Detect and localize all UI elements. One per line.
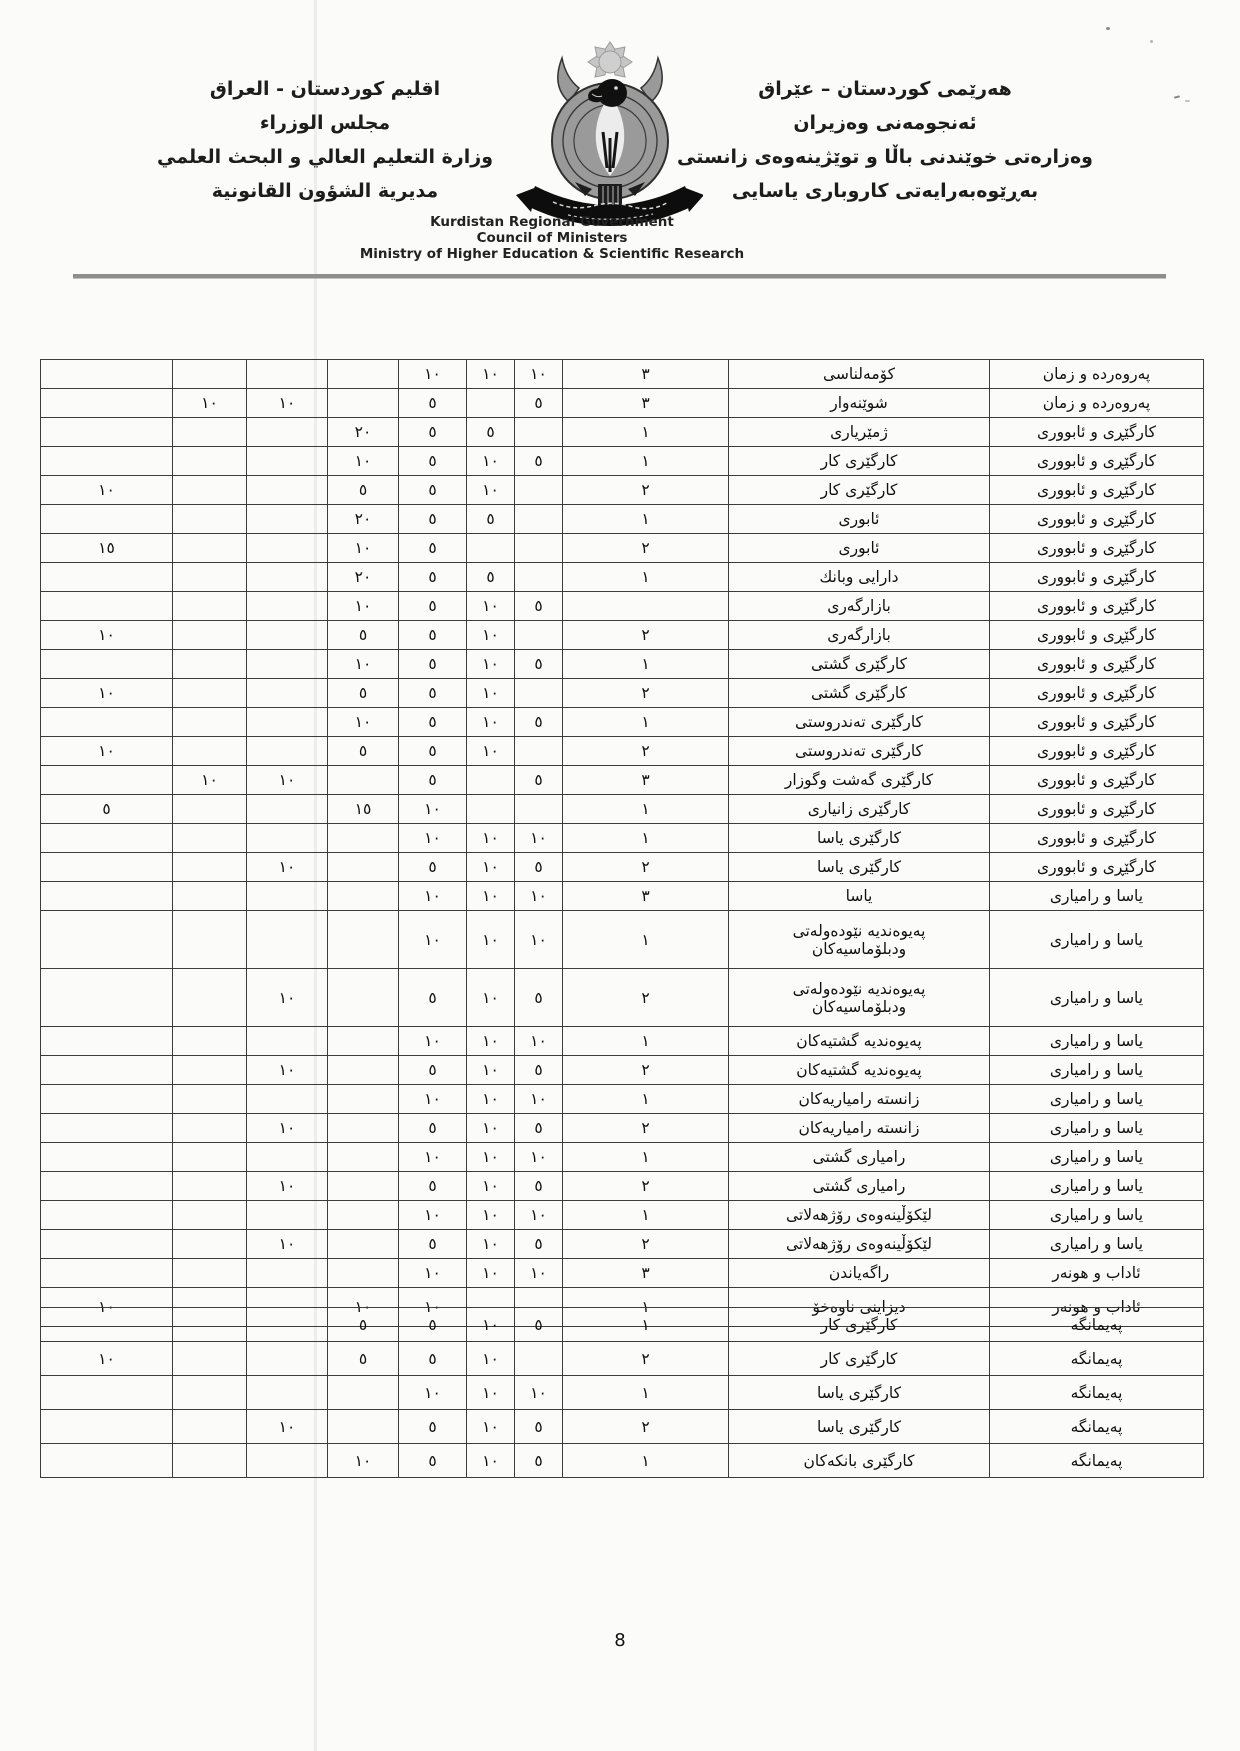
cell-c7: ٥	[515, 708, 563, 737]
cell-c2	[173, 1308, 247, 1342]
cell-c3	[247, 795, 328, 824]
cell-c6	[467, 766, 515, 795]
ink-speck	[1150, 40, 1153, 43]
cell-subject: لێکۆڵینەوەی رۆژهەلاتی	[729, 1201, 990, 1230]
cell-c4	[328, 882, 399, 911]
cell-count: ٢	[563, 1114, 729, 1143]
cell-category: پەیمانگە	[990, 1444, 1204, 1478]
cell-count: ٢	[563, 1056, 729, 1085]
cell-category: کارگێڕی و ئابووری	[990, 650, 1204, 679]
cell-c6: ٥	[467, 563, 515, 592]
cell-subject: کارگێری کار	[729, 476, 990, 505]
cell-c4: ٢٠	[328, 563, 399, 592]
header-arabic-line: اقليم كوردستان - العراق	[115, 72, 535, 106]
cell-c3	[247, 447, 328, 476]
header-kurdish-line: وەزارەتی خوێندنی باڵا و توێژینەوەی زانست…	[675, 140, 1095, 174]
cell-subject: کارگێری بانکەکان	[729, 1444, 990, 1478]
cell-c5: ٥	[399, 1410, 467, 1444]
cell-subject: کارگێری گشتی	[729, 650, 990, 679]
cell-count: ١	[563, 1376, 729, 1410]
cell-c3	[247, 505, 328, 534]
cell-c4: ٥	[328, 476, 399, 505]
cell-c7: ١٠	[515, 1201, 563, 1230]
cell-c2	[173, 824, 247, 853]
cell-c5: ٥	[399, 1230, 467, 1259]
cell-c5: ٥	[399, 1056, 467, 1085]
cell-c2	[173, 1114, 247, 1143]
table-row: یاسا و رامیاریپەیوەندیە گشتیەکان٢٥١٠٥١٠	[41, 1056, 1204, 1085]
cell-c1	[41, 1376, 173, 1410]
cell-count: ١	[563, 1085, 729, 1114]
cell-c1: ١٠	[41, 737, 173, 766]
cell-c2	[173, 418, 247, 447]
cell-c4	[328, 1027, 399, 1056]
cell-subject: دارایی وبانك	[729, 563, 990, 592]
cell-c2	[173, 1085, 247, 1114]
cell-c4	[328, 389, 399, 418]
cell-c5: ٥	[399, 679, 467, 708]
cell-c1	[41, 708, 173, 737]
cell-c3	[247, 418, 328, 447]
cell-c3	[247, 1085, 328, 1114]
cell-c3	[247, 737, 328, 766]
cell-category: پەیمانگە	[990, 1410, 1204, 1444]
table-row: کارگێڕی و ئابووریکارگێری زانیاری١١٠١٥٥	[41, 795, 1204, 824]
cell-c3	[247, 708, 328, 737]
cell-category: یاسا و رامیاری	[990, 1056, 1204, 1085]
cell-c7: ١٠	[515, 1027, 563, 1056]
table-row: یاسا و رامیاریرامیاری گشتی١١٠١٠١٠	[41, 1143, 1204, 1172]
cell-c2	[173, 1027, 247, 1056]
table-row: کارگێڕی و ئابووریژمێریاری١٥٥٢٠	[41, 418, 1204, 447]
cell-c6	[467, 795, 515, 824]
cell-c6: ٥	[467, 418, 515, 447]
cell-c1	[41, 824, 173, 853]
cell-c3: ١٠	[247, 969, 328, 1027]
cell-category: کارگێڕی و ئابووری	[990, 418, 1204, 447]
cell-c1	[41, 1027, 173, 1056]
cell-c1: ١٥	[41, 534, 173, 563]
cell-subject: پەیوەندیە نێودەولەتی ودبلۆماسیەکان	[729, 911, 990, 969]
cell-count: ١	[563, 418, 729, 447]
cell-c2	[173, 679, 247, 708]
cell-c3	[247, 476, 328, 505]
cell-category: یاسا و رامیاری	[990, 1143, 1204, 1172]
cell-c1	[41, 1410, 173, 1444]
cell-c3	[247, 1201, 328, 1230]
cell-c1	[41, 563, 173, 592]
cell-c1	[41, 1085, 173, 1114]
cell-c7	[515, 505, 563, 534]
cell-count: ١	[563, 795, 729, 824]
table-row: پەروەردە و زمانکۆمەلناسی٣١٠١٠١٠	[41, 360, 1204, 389]
cell-c7: ٥	[515, 592, 563, 621]
table-row: یاسا و رامیاریپەیوەندیە گشتیەکان١١٠١٠١٠	[41, 1027, 1204, 1056]
cell-subject: کارگێری گشتی	[729, 679, 990, 708]
cell-c5: ٥	[399, 476, 467, 505]
cell-subject: کارگێری کار	[729, 1342, 990, 1376]
cell-count: ١	[563, 563, 729, 592]
cell-count: ٢	[563, 1172, 729, 1201]
cell-category: کارگێڕی و ئابووری	[990, 505, 1204, 534]
cell-c6: ١٠	[467, 1143, 515, 1172]
table-row: یاسا و رامیاریزانستە رامیاریەکان١١٠١٠١٠	[41, 1085, 1204, 1114]
allocation-table-institutes: پەیمانگەکارگێری کار١٥١٠٥٥پەیمانگەکارگێری…	[40, 1307, 1204, 1478]
cell-c5: ١٠	[399, 1027, 467, 1056]
cell-c6: ١٠	[467, 853, 515, 882]
cell-c7	[515, 418, 563, 447]
cell-c3	[247, 360, 328, 389]
cell-c1	[41, 1259, 173, 1288]
cell-c1	[41, 1444, 173, 1478]
cell-subject: کارگێری یاسا	[729, 853, 990, 882]
cell-c1: ١٠	[41, 621, 173, 650]
cell-c1	[41, 1308, 173, 1342]
cell-c1	[41, 882, 173, 911]
cell-count: ٢	[563, 969, 729, 1027]
cell-c3: ١٠	[247, 766, 328, 795]
cell-c2	[173, 911, 247, 969]
cell-c3: ١٠	[247, 1114, 328, 1143]
cell-c2	[173, 795, 247, 824]
cell-category: کارگێڕی و ئابووری	[990, 447, 1204, 476]
table-row: کارگێڕی و ئابووریکارگێری یاسا٢٥١٠٥١٠	[41, 853, 1204, 882]
cell-category: کارگێڕی و ئابووری	[990, 476, 1204, 505]
header-divider	[73, 274, 1166, 279]
cell-category: یاسا و رامیاری	[990, 1172, 1204, 1201]
table-row: پەیمانگەکارگێری یاسا٢٥١٠٥١٠	[41, 1410, 1204, 1444]
cell-c4	[328, 824, 399, 853]
cell-c7: ٥	[515, 1308, 563, 1342]
cell-c4	[328, 853, 399, 882]
cell-c4: ٥	[328, 1342, 399, 1376]
cell-subject: کارگێری یاسا	[729, 1410, 990, 1444]
cell-c4: ١٠	[328, 650, 399, 679]
cell-category: یاسا و رامیاری	[990, 911, 1204, 969]
cell-c7: ١٠	[515, 1259, 563, 1288]
cell-subject: بازارگەری	[729, 621, 990, 650]
table-row: ئاداب و هونەرراگەیاندن٣١٠١٠١٠	[41, 1259, 1204, 1288]
cell-c7: ١٠	[515, 1085, 563, 1114]
cell-count: ٢	[563, 853, 729, 882]
cell-c6: ١٠	[467, 1376, 515, 1410]
cell-c5: ٥	[399, 1114, 467, 1143]
cell-c7: ٥	[515, 389, 563, 418]
cell-subject: کارگێری زانیاری	[729, 795, 990, 824]
table-row: پەروەردە و زمانشوێنەوار٣٥٥١٠١٠	[41, 389, 1204, 418]
cell-c1	[41, 911, 173, 969]
header-kurdish-line: ئەنجومەنی وەزیران	[675, 106, 1095, 140]
cell-c6: ١٠	[467, 679, 515, 708]
cell-subject: کارگێری گەشت وگوزار	[729, 766, 990, 795]
cell-c4	[328, 1230, 399, 1259]
cell-c3	[247, 534, 328, 563]
cell-c3	[247, 1342, 328, 1376]
cell-c6: ١٠	[467, 1342, 515, 1376]
cell-c2	[173, 737, 247, 766]
table-row: یاسا و رامیارییاسا٣١٠١٠١٠	[41, 882, 1204, 911]
cell-category: پەیمانگە	[990, 1342, 1204, 1376]
cell-subject: کۆمەلناسی	[729, 360, 990, 389]
cell-c4	[328, 360, 399, 389]
table-row: یاسا و رامیاریلێکۆڵینەوەی رۆژهەلاتی٢٥١٠٥…	[41, 1230, 1204, 1259]
table-row: کارگێڕی و ئابووریبازارگەری٢١٠٥٥١٠	[41, 621, 1204, 650]
cell-c1	[41, 447, 173, 476]
cell-c2	[173, 1172, 247, 1201]
cell-c5: ٥	[399, 534, 467, 563]
table-row: یاسا و رامیاریپەیوەندیە نێودەولەتی ودبلۆ…	[41, 911, 1204, 969]
cell-c4: ١٠	[328, 447, 399, 476]
cell-c2	[173, 1376, 247, 1410]
table-row: پەیمانگەکارگێری کار١٥١٠٥٥	[41, 1308, 1204, 1342]
table-row: کارگێڕی و ئابووریکارگێری تەندروستی١٥١٠٥١…	[41, 708, 1204, 737]
cell-subject: پەیوەندیە گشتیەکان	[729, 1027, 990, 1056]
cell-c6: ١٠	[467, 1201, 515, 1230]
cell-c1: ١٠	[41, 679, 173, 708]
cell-c2: ١٠	[173, 389, 247, 418]
cell-c1: ٥	[41, 795, 173, 824]
cell-c6: ١٠	[467, 1444, 515, 1478]
cell-c2	[173, 708, 247, 737]
cell-c6	[467, 389, 515, 418]
cell-c5: ٥	[399, 1172, 467, 1201]
cell-subject: رامیاری گشتی	[729, 1172, 990, 1201]
cell-c5: ٥	[399, 708, 467, 737]
cell-c1: ١٠	[41, 1342, 173, 1376]
cell-count: ١	[563, 1444, 729, 1478]
ink-speck	[1174, 95, 1180, 98]
cell-c5: ٥	[399, 766, 467, 795]
cell-c1	[41, 969, 173, 1027]
header-arabic-block: اقليم كوردستان - العراق مجلس الوزراء وزا…	[115, 72, 535, 208]
cell-c2	[173, 1342, 247, 1376]
cell-count: ٢	[563, 476, 729, 505]
table-row: کارگێڕی و ئابووریکارگێری گشتی١٥١٠٥١٠	[41, 650, 1204, 679]
cell-count: ١	[563, 1143, 729, 1172]
cell-c4: ٢٠	[328, 505, 399, 534]
cell-c6: ١٠	[467, 708, 515, 737]
cell-subject: کارگێری یاسا	[729, 1376, 990, 1410]
cell-c7	[515, 795, 563, 824]
cell-c2	[173, 447, 247, 476]
cell-c6: ١٠	[467, 621, 515, 650]
cell-c2	[173, 476, 247, 505]
table-row: یاسا و رامیاریلێکۆڵینەوەی رۆژهەلاتی١١٠١٠…	[41, 1201, 1204, 1230]
table-row: کارگێڕی و ئابووریکارگێری کار٢١٠٥٥١٠	[41, 476, 1204, 505]
cell-c5: ٥	[399, 505, 467, 534]
cell-c3	[247, 1027, 328, 1056]
cell-c6: ١٠	[467, 824, 515, 853]
cell-c3	[247, 563, 328, 592]
cell-c5: ٥	[399, 389, 467, 418]
cell-subject: رامیاری گشتی	[729, 1143, 990, 1172]
cell-subject: کارگێری کار	[729, 1308, 990, 1342]
header-arabic-line: وزارة التعليم العالي و البحث العلمي	[115, 140, 535, 174]
cell-count	[563, 592, 729, 621]
cell-c7	[515, 534, 563, 563]
table-row: کارگێڕی و ئابووریکارگێری تەندروستی٢١٠٥٥١…	[41, 737, 1204, 766]
cell-category: پەیمانگە	[990, 1308, 1204, 1342]
table-row: کارگێڕی و ئابووریبازارگەری٥١٠٥١٠	[41, 592, 1204, 621]
table-row: یاسا و رامیاریپەیوەندیە نێودەولەتی ودبلۆ…	[41, 969, 1204, 1027]
cell-c5: ٥	[399, 969, 467, 1027]
cell-count: ٢	[563, 621, 729, 650]
cell-c4: ٥	[328, 679, 399, 708]
cell-c1	[41, 1114, 173, 1143]
cell-c4: ١٥	[328, 795, 399, 824]
cell-category: کارگێڕی و ئابووری	[990, 563, 1204, 592]
cell-count: ١	[563, 1201, 729, 1230]
cell-c7: ٥	[515, 650, 563, 679]
cell-count: ٣	[563, 766, 729, 795]
cell-c7: ٥	[515, 1444, 563, 1478]
cell-category: یاسا و رامیاری	[990, 1114, 1204, 1143]
cell-c5: ٥	[399, 447, 467, 476]
cell-subject: ژمێریاری	[729, 418, 990, 447]
cell-c3: ١٠	[247, 853, 328, 882]
cell-subject: شوێنەوار	[729, 389, 990, 418]
cell-c4	[328, 1259, 399, 1288]
cell-c5: ١٠	[399, 911, 467, 969]
cell-c3	[247, 650, 328, 679]
cell-c7: ١٠	[515, 911, 563, 969]
cell-c3	[247, 1143, 328, 1172]
ink-speck	[1106, 27, 1110, 30]
cell-c5: ١٠	[399, 795, 467, 824]
cell-c4: ٥	[328, 737, 399, 766]
cell-subject: لێکۆڵینەوەی رۆژهەلاتی	[729, 1230, 990, 1259]
cell-count: ٣	[563, 1259, 729, 1288]
cell-c7: ٥	[515, 447, 563, 476]
cell-c4: ٢٠	[328, 418, 399, 447]
header-arabic-line: مجلس الوزراء	[115, 106, 535, 140]
cell-c7: ٥	[515, 969, 563, 1027]
cell-c2	[173, 592, 247, 621]
header-kurdish-block: هەرێمی کوردستان – عێراق ئەنجومەنی وەزیرا…	[675, 72, 1095, 208]
cell-c4: ١٠	[328, 1444, 399, 1478]
cell-c4: ١٠	[328, 708, 399, 737]
cell-c4	[328, 1376, 399, 1410]
cell-c6: ١٠	[467, 1172, 515, 1201]
cell-c7	[515, 563, 563, 592]
cell-category: کارگێڕی و ئابووری	[990, 621, 1204, 650]
cell-count: ١	[563, 1308, 729, 1342]
cell-c6: ١٠	[467, 650, 515, 679]
cell-c2	[173, 1056, 247, 1085]
cell-subject: کارگێری تەندروستی	[729, 737, 990, 766]
cell-category: کارگێڕی و ئابووری	[990, 853, 1204, 882]
cell-c7: ٥	[515, 853, 563, 882]
cell-c4	[328, 766, 399, 795]
cell-c5: ١٠	[399, 1085, 467, 1114]
cell-c1	[41, 418, 173, 447]
cell-c4	[328, 1085, 399, 1114]
cell-c2	[173, 853, 247, 882]
cell-c2	[173, 1410, 247, 1444]
cell-count: ١	[563, 1027, 729, 1056]
cell-c2	[173, 882, 247, 911]
cell-c3	[247, 882, 328, 911]
cell-c4	[328, 1143, 399, 1172]
cell-c6: ١٠	[467, 360, 515, 389]
header-english-line: Council of Ministers	[342, 230, 762, 246]
cell-c3	[247, 1444, 328, 1478]
cell-c5: ١٠	[399, 1259, 467, 1288]
cell-count: ١	[563, 505, 729, 534]
cell-c1	[41, 505, 173, 534]
cell-c2	[173, 621, 247, 650]
cell-category: ئاداب و هونەر	[990, 1259, 1204, 1288]
sun-icon	[588, 42, 632, 77]
cell-c6: ١٠	[467, 1308, 515, 1342]
cell-c1	[41, 1056, 173, 1085]
cell-count: ٣	[563, 360, 729, 389]
cell-c3	[247, 1376, 328, 1410]
cell-count: ٢	[563, 534, 729, 563]
cell-c7: ١٠	[515, 360, 563, 389]
cell-c5: ٥	[399, 1444, 467, 1478]
kurdistan-emblem-icon	[513, 36, 703, 232]
cell-c5: ١٠	[399, 1201, 467, 1230]
cell-c3	[247, 824, 328, 853]
table-row: کارگێڕی و ئابووریکارگێری یاسا١١٠١٠١٠	[41, 824, 1204, 853]
cell-c6: ١٠	[467, 476, 515, 505]
header-english-block: Kurdistan Regional Government Council of…	[342, 214, 762, 262]
cell-c1	[41, 592, 173, 621]
cell-c4: ٥	[328, 1308, 399, 1342]
cell-c6: ١٠	[467, 1114, 515, 1143]
cell-c5: ١٠	[399, 824, 467, 853]
cell-subject: زانستە رامیاریەکان	[729, 1085, 990, 1114]
table-row: کارگێڕی و ئابووریکارگێری کار١٥١٠٥١٠	[41, 447, 1204, 476]
cell-subject: پەیوەندیە گشتیەکان	[729, 1056, 990, 1085]
cell-c3	[247, 621, 328, 650]
cell-category: کارگێڕی و ئابووری	[990, 534, 1204, 563]
cell-count: ٢	[563, 737, 729, 766]
cell-count: ٢	[563, 1410, 729, 1444]
cell-count: ٣	[563, 389, 729, 418]
cell-c6: ١٠	[467, 1085, 515, 1114]
cell-c5: ٥	[399, 1342, 467, 1376]
cell-c5: ٥	[399, 592, 467, 621]
cell-c7: ٥	[515, 1114, 563, 1143]
cell-c5: ١٠	[399, 1143, 467, 1172]
cell-c4	[328, 1410, 399, 1444]
allocation-table-main: پەروەردە و زمانکۆمەلناسی٣١٠١٠١٠پەروەردە …	[40, 359, 1204, 1327]
cell-c2	[173, 1230, 247, 1259]
table-row: کارگێڕی و ئابووریکارگێری گشتی٢١٠٥٥١٠	[41, 679, 1204, 708]
cell-c3: ١٠	[247, 1230, 328, 1259]
cell-c1	[41, 650, 173, 679]
cell-c1	[41, 360, 173, 389]
cell-c3	[247, 1308, 328, 1342]
cell-c1	[41, 853, 173, 882]
cell-c2	[173, 1201, 247, 1230]
cell-c7: ٥	[515, 1172, 563, 1201]
table-row: پەیمانگەکارگێری کار٢١٠٥٥١٠	[41, 1342, 1204, 1376]
cell-count: ٣	[563, 882, 729, 911]
cell-subject: زانستە رامیاریەکان	[729, 1114, 990, 1143]
cell-count: ١	[563, 708, 729, 737]
cell-count: ١	[563, 824, 729, 853]
cell-c1	[41, 1172, 173, 1201]
cell-c2: ١٠	[173, 766, 247, 795]
header-arabic-line: مديرية الشؤون القانونية	[115, 174, 535, 208]
cell-category: کارگێڕی و ئابووری	[990, 592, 1204, 621]
cell-c1	[41, 1143, 173, 1172]
cell-category: کارگێڕی و ئابووری	[990, 679, 1204, 708]
cell-count: ٢	[563, 1342, 729, 1376]
